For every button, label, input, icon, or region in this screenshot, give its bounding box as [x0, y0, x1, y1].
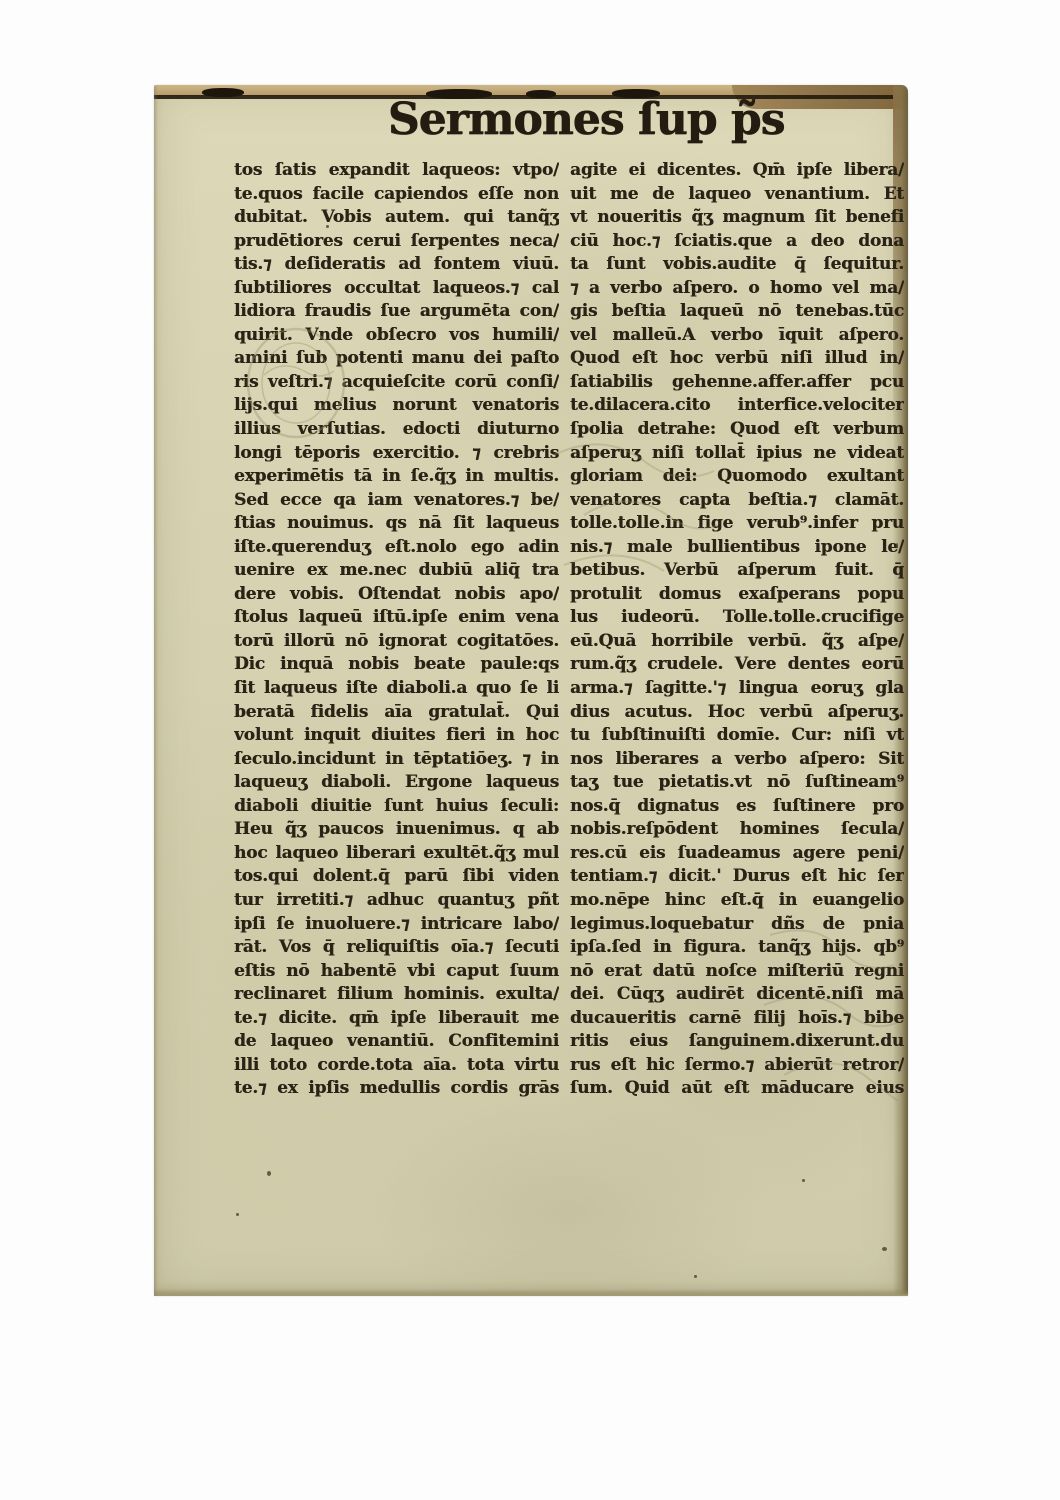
text-line: Sed ecce qa iam venatores.⁊ be/: [234, 489, 559, 513]
text-line: vt noueritis q̃ʒ magnum ſit benefi: [570, 206, 904, 230]
text-line: de laqueo venantiū. Confitemini: [234, 1030, 559, 1054]
text-line: ⁊ a verbo aſpero. o homo vel ma/: [570, 277, 904, 301]
page-left-edge: [154, 85, 158, 1296]
text-column-right: agite ei dicentes. Qm̄ ipſe libera/uit m…: [570, 159, 904, 1101]
ink-speck: [882, 1247, 887, 1251]
text-line: ſpolia detrahe: Quod eſt verbum: [570, 418, 904, 442]
text-line: rāt. Vos q̄ reliquiſtis oīa.⁊ ſecuti: [234, 936, 559, 960]
text-line: betibus. Verbū aſperum fuit. q̄: [570, 559, 904, 583]
ink-speck: [694, 1275, 697, 1278]
text-line: longi tēporis exercitio. ⁊ crebris: [234, 442, 559, 466]
text-line: agite ei dicentes. Qm̄ ipſe libera/: [570, 159, 904, 183]
text-line: ris veſtri.⁊ acquieſcite corū conſi/: [234, 371, 559, 395]
ink-remnant: [202, 88, 244, 97]
text-line: tur irretiti.⁊ adhuc quantuʒ pñt: [234, 889, 559, 913]
text-line: ritis eius ſanguinem.dixerunt.du: [570, 1030, 904, 1054]
text-line: nis.⁊ male bullientibus ipone le/: [570, 536, 904, 560]
text-line: te.⁊ dicite. qm̄ ipſe liberauit me: [234, 1007, 559, 1031]
text-line: res.cū eis ſuadeamus agere peni/: [570, 842, 904, 866]
text-line: tis.⁊ deſideratis ad fontem viuū.: [234, 253, 559, 277]
text-line: lidiora fraudis ſue argumēta con/: [234, 300, 559, 324]
text-line: hoc laqueo liberari exultēt.q̃ʒ mul: [234, 842, 559, 866]
text-line: ſubtiliores occultat laqueos.⁊ cal: [234, 277, 559, 301]
text-line: illius verſutias. edocti diuturno: [234, 418, 559, 442]
text-line: laqueuʒ diaboli. Ergone laqueus: [234, 771, 559, 795]
text-line: te.dilacera.cito interfice.velociter: [570, 394, 904, 418]
text-line: ipſa.ſed in figura. tanq̃ʒ hijs. qb⁹: [570, 936, 904, 960]
text-column-left: tos ſatis expandit laqueos: vtpo/te.quos…: [234, 159, 559, 1101]
text-line: lijs.qui melius norunt venatoris: [234, 394, 559, 418]
ink-speck: [802, 1179, 805, 1182]
text-line: te.⁊ ex ipſis medullis cordis grās: [234, 1077, 559, 1101]
text-line: ſtias nouimus. qs nā ſit laqueus: [234, 512, 559, 536]
text-line: Heu q̃ʒ paucos inuenimus. q ab: [234, 818, 559, 842]
text-line: protulit domus exaſperans popu: [570, 583, 904, 607]
text-line: ducaueritis carnē filij hoīs.⁊ bibe: [570, 1007, 904, 1031]
ink-speck: [896, 543, 898, 548]
text-line: rum.q̃ʒ crudele. Vere dentes eorū: [570, 653, 904, 677]
text-line: iſte.querenduʒ eſt.nolo ego adin: [234, 536, 559, 560]
text-line: torū illorū nō ignorat cogitatōes.: [234, 630, 559, 654]
text-line: dubitat. Vobis autem. qui tanq̃ʒ: [234, 206, 559, 230]
text-line: nos.q̄ dignatus es ſuſtinere pro: [570, 795, 904, 819]
text-line: ta ſunt vobis.audite q̄ ſequitur.: [570, 253, 904, 277]
text-line: lus iudeorū. Tolle.tolle.crucifige: [570, 606, 904, 630]
text-line: aſperuʒ niſi tollat̄ ipius ne videat: [570, 442, 904, 466]
text-line: nobis.reſpōdent homines ſecula/: [570, 818, 904, 842]
text-line: ſtolus laqueū iſtū.ipſe enim vena: [234, 606, 559, 630]
text-line: ſatiabilis gehenne.affer.affer pcu: [570, 371, 904, 395]
text-line: tolle.tolle.in fige verub⁹.infer pru: [570, 512, 904, 536]
text-line: dere vobis. Oſtendat nobis apo/: [234, 583, 559, 607]
text-line: Dic inquā nobis beate paule:qs: [234, 653, 559, 677]
text-line: tentiam.⁊ dicit.' Durus eſt hic ſer: [570, 865, 904, 889]
text-line: nō erat datū noſce miſteriū regni: [570, 960, 904, 984]
page-bottom-edge: [154, 1289, 908, 1296]
running-title: Sermones ſup p̃s: [264, 95, 908, 149]
text-line: uit me de laqueo venantium. Et: [570, 183, 904, 207]
text-line: eſtis nō habentē vbi caput ſuum: [234, 960, 559, 984]
text-line: arma.⁊ ſagitte.'⁊ lingua eoruʒ gla: [570, 677, 904, 701]
book-page: Sermones ſup p̃s tos ſatis expandit laqu…: [154, 85, 908, 1296]
text-line: eū.Quā horribile verbū. q̃ʒ aſpe/: [570, 630, 904, 654]
text-line: venatores capta beſtia.⁊ clamāt.: [570, 489, 904, 513]
text-line: tos.qui dolent.q̄ parū ſibi viden: [234, 865, 559, 889]
text-line: nos liberares a verbo aſpero: Sit: [570, 748, 904, 772]
text-line: vel malleū.A verbo īquit aſpero.: [570, 324, 904, 348]
text-line: tos ſatis expandit laqueos: vtpo/: [234, 159, 559, 183]
ink-speck: [267, 1171, 271, 1176]
text-line: taʒ tue pietatis.vt nō ſuſtineam⁹: [570, 771, 904, 795]
text-line: quirit. Vnde obſecro vos humili/: [234, 324, 559, 348]
text-line: ſum. Quid aūt eſt māducare eius: [570, 1077, 904, 1101]
text-line: ciū hoc.⁊ ſciatis.que a deo dona: [570, 230, 904, 254]
text-line: illi toto corde.tota aīa. tota virtu: [234, 1054, 559, 1078]
text-line: gis beſtia laqueū nō tenebas.tūc: [570, 300, 904, 324]
text-line: beratā fidelis aīa gratulat̄. Qui: [234, 701, 559, 725]
text-line: diaboli diuitie ſunt huius ſeculi:: [234, 795, 559, 819]
text-line: Quod eſt hoc verbū niſi illud in/: [570, 347, 904, 371]
text-line: legimus.loquebatur dñs de pnia: [570, 913, 904, 937]
ink-speck: [326, 225, 329, 228]
text-line: uenire ex me.nec dubiū aliq̄ tra: [234, 559, 559, 583]
text-line: ipſi ſe inuoluere.⁊ intricare labo/: [234, 913, 559, 937]
text-line: reclinaret filium hominis. exulta/: [234, 983, 559, 1007]
text-line: rus eſt hic ſermo.⁊ abierūt retror/: [570, 1054, 904, 1078]
text-line: te.quos facile capiendos eſſe non: [234, 183, 559, 207]
text-line: gloriam dei: Quomodo exultant: [570, 465, 904, 489]
text-line: ſeculo.incidunt in tēptatiōeʒ. ⁊ in: [234, 748, 559, 772]
ink-speck: [236, 1213, 239, 1216]
text-line: prudētiores cerui ſerpentes neca/: [234, 230, 559, 254]
text-line: dius acutus. Hoc verbū aſperuʒ.: [570, 701, 904, 725]
scanned-book-photo: Sermones ſup p̃s tos ſatis expandit laqu…: [0, 0, 1060, 1500]
text-line: dei. Cūqʒ audirēt dicentē.niſi mā: [570, 983, 904, 1007]
text-line: tu ſubſtinuiſti domīe. Cur: niſi vt: [570, 724, 904, 748]
text-line: experimētis tā in ſe.q̃ʒ in multis.: [234, 465, 559, 489]
text-line: ſit laqueus iſte diaboli.a quo ſe li: [234, 677, 559, 701]
text-line: mo.nēpe hinc eſt.q̄ in euangelio: [570, 889, 904, 913]
text-line: volunt inquit diuites fieri in hoc: [234, 724, 559, 748]
text-line: amini ſub potenti manu dei paſto: [234, 347, 559, 371]
